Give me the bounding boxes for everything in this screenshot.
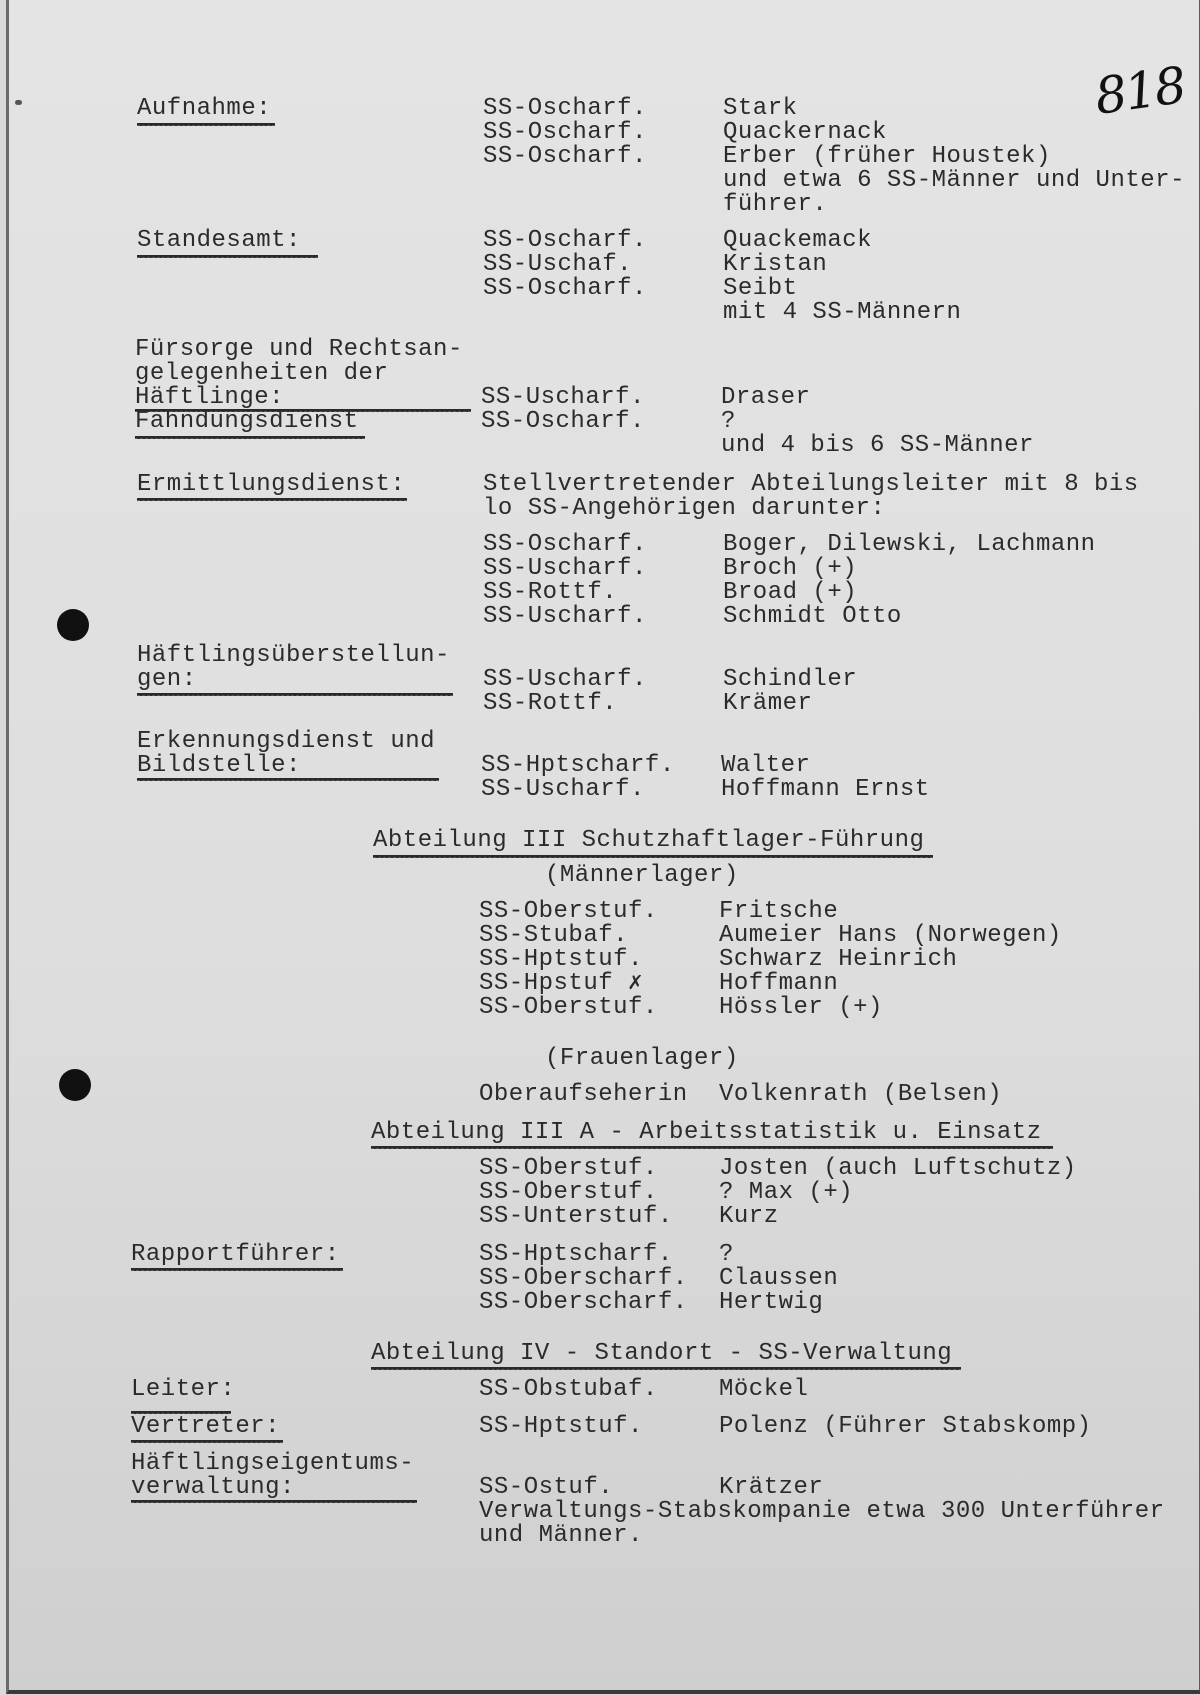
rank: SS-Oscharf. (481, 410, 645, 434)
name: Aumeier Hans (Norwegen) (719, 924, 1062, 948)
label-vertreter: Vertreter: (131, 1415, 280, 1439)
rank: SS-Oberscharf. (479, 1267, 688, 1291)
name: Schmidt Otto (723, 605, 902, 629)
rank: SS-Uscharf. (483, 668, 647, 692)
rank: SS-Uschaf. (483, 253, 632, 277)
name: Hoffmann (719, 972, 838, 996)
intro: lo SS-Angehörigen darunter: (483, 497, 885, 521)
rank: SS-Oscharf. (483, 145, 647, 169)
label-erkennung: Bildstelle: (137, 754, 301, 778)
rank: SS-Oscharf. (483, 533, 647, 557)
underline (131, 1440, 283, 1443)
name: Hössler (+) (719, 996, 883, 1020)
footer-note: Verwaltungs-Stabskompanie etwa 300 Unter… (479, 1500, 1165, 1524)
rank: SS-Rottf. (483, 581, 617, 605)
label-aufnahme: Aufnahme: (137, 97, 271, 121)
subheading-maennerlager: (Männerlager) (545, 864, 739, 888)
rank: SS-Oscharf. (483, 97, 647, 121)
name: Josten (auch Luftschutz) (719, 1157, 1077, 1181)
heading-abt3: Abteilung III Schutzhaftlager-Führung (373, 829, 924, 853)
footer-note: und Männer. (479, 1524, 643, 1548)
speck (17, 100, 22, 105)
name: Kristan (723, 253, 827, 277)
punch-hole-top (57, 609, 89, 641)
note: und 4 bis 6 SS-Männer (721, 434, 1034, 458)
name: Krätzer (719, 1476, 823, 1500)
rank: SS-Hptstuf. (479, 948, 643, 972)
name: Fritsche (719, 900, 838, 924)
name: Quackernack (723, 121, 887, 145)
rank: SS-Hpstuf ✗ (479, 972, 643, 996)
rank: SS-Oberstuf. (479, 1157, 658, 1181)
underline (135, 436, 365, 439)
heading-abt4: Abteilung IV - Standort - SS-Verwaltung (371, 1342, 952, 1366)
note: und etwa 6 SS-Männer und Unter- (723, 169, 1185, 193)
underline (371, 1146, 1053, 1149)
rank: SS-Unterstuf. (479, 1205, 673, 1229)
label-ueberstellungen: gen: (137, 668, 197, 692)
punch-hole-bottom (59, 1069, 91, 1101)
document-page: 818 Aufnahme: SS-Oscharf. Stark SS-Oscha… (6, 0, 1200, 1694)
underline (137, 693, 453, 696)
rank: SS-Obstubaf. (479, 1378, 658, 1402)
label-eigentum: Häftlingseigentums- (131, 1452, 414, 1476)
name: Polenz (Führer Stabskomp) (719, 1415, 1092, 1439)
label-fahndung: Fahndungsdienst (135, 410, 359, 434)
label-ermittlung: Ermittlungsdienst: (137, 473, 405, 497)
underline (137, 255, 318, 258)
subheading-frauenlager: (Frauenlager) (545, 1047, 739, 1071)
rank: SS-Uscharf. (483, 605, 647, 629)
label-fuersorge: Fürsorge und Rechtsan- (135, 338, 463, 362)
rank: SS-Oberscharf. (479, 1291, 688, 1315)
name: Broch (+) (723, 557, 857, 581)
name: ? Max (+) (719, 1181, 853, 1205)
name: Boger, Dilewski, Lachmann (723, 533, 1096, 557)
name: Möckel (719, 1378, 808, 1402)
rank: Oberaufseherin (479, 1083, 688, 1107)
label-rapport: Rapportführer: (131, 1243, 340, 1267)
rank: SS-Oberstuf. (479, 996, 658, 1020)
rank: SS-Oscharf. (483, 277, 647, 301)
rank: SS-Uscharf. (481, 386, 645, 410)
label-ueberstellungen: Häftlingsüberstellun- (137, 644, 450, 668)
intro: Stellvertretender Abteilungsleiter mit 8… (483, 473, 1139, 497)
name: Schwarz Heinrich (719, 948, 957, 972)
heading-abt3a: Abteilung III A - Arbeitsstatistik u. Ei… (371, 1121, 1042, 1145)
rank: SS-Oscharf. (483, 121, 647, 145)
name: Hoffmann Ernst (721, 778, 930, 802)
label-standesamt: Standesamt: (137, 229, 301, 253)
name: Broad (+) (723, 581, 857, 605)
note: führer. (723, 193, 827, 217)
underline (137, 778, 439, 781)
name: Hertwig (719, 1291, 823, 1315)
name: Erber (früher Houstek) (723, 145, 1051, 169)
rank: SS-Uscharf. (481, 778, 645, 802)
name: Walter (721, 754, 810, 778)
name: Stark (723, 97, 798, 121)
name: ? (719, 1243, 734, 1267)
label-fuersorge: Häftlinge: (135, 386, 284, 410)
label-fuersorge: gelegenheiten der (135, 362, 388, 386)
rank: SS-Oberstuf. (479, 900, 658, 924)
name: ? (721, 410, 736, 434)
rank: SS-Oberstuf. (479, 1181, 658, 1205)
label-erkennung: Erkennungsdienst und (137, 730, 435, 754)
rank: SS-Ostuf. (479, 1476, 613, 1500)
rank: SS-Oscharf. (483, 229, 647, 253)
underline (137, 123, 275, 126)
name: Claussen (719, 1267, 838, 1291)
rank: SS-Hptscharf. (479, 1243, 673, 1267)
name: Quackemack (723, 229, 872, 253)
underline (371, 1367, 961, 1370)
rank: SS-Hptscharf. (481, 754, 675, 778)
rank: SS-Rottf. (483, 692, 617, 716)
rank: SS-Uscharf. (483, 557, 647, 581)
underline (131, 1500, 417, 1503)
note: mit 4 SS-Männern (723, 301, 961, 325)
rank: SS-Stubaf. (479, 924, 628, 948)
handwritten-page-number: 818 (1091, 56, 1188, 126)
name: Krämer (723, 692, 812, 716)
underline (137, 498, 407, 501)
underline (373, 855, 933, 858)
name: Volkenrath (Belsen) (719, 1083, 1002, 1107)
name: Kurz (719, 1205, 779, 1229)
label-eigentum: verwaltung: (131, 1476, 295, 1500)
name: Draser (721, 386, 810, 410)
underline (131, 1268, 343, 1271)
name: Seibt (723, 277, 798, 301)
label-leiter: Leiter: (131, 1378, 235, 1402)
rank: SS-Hptstuf. (479, 1415, 643, 1439)
name: Schindler (723, 668, 857, 692)
